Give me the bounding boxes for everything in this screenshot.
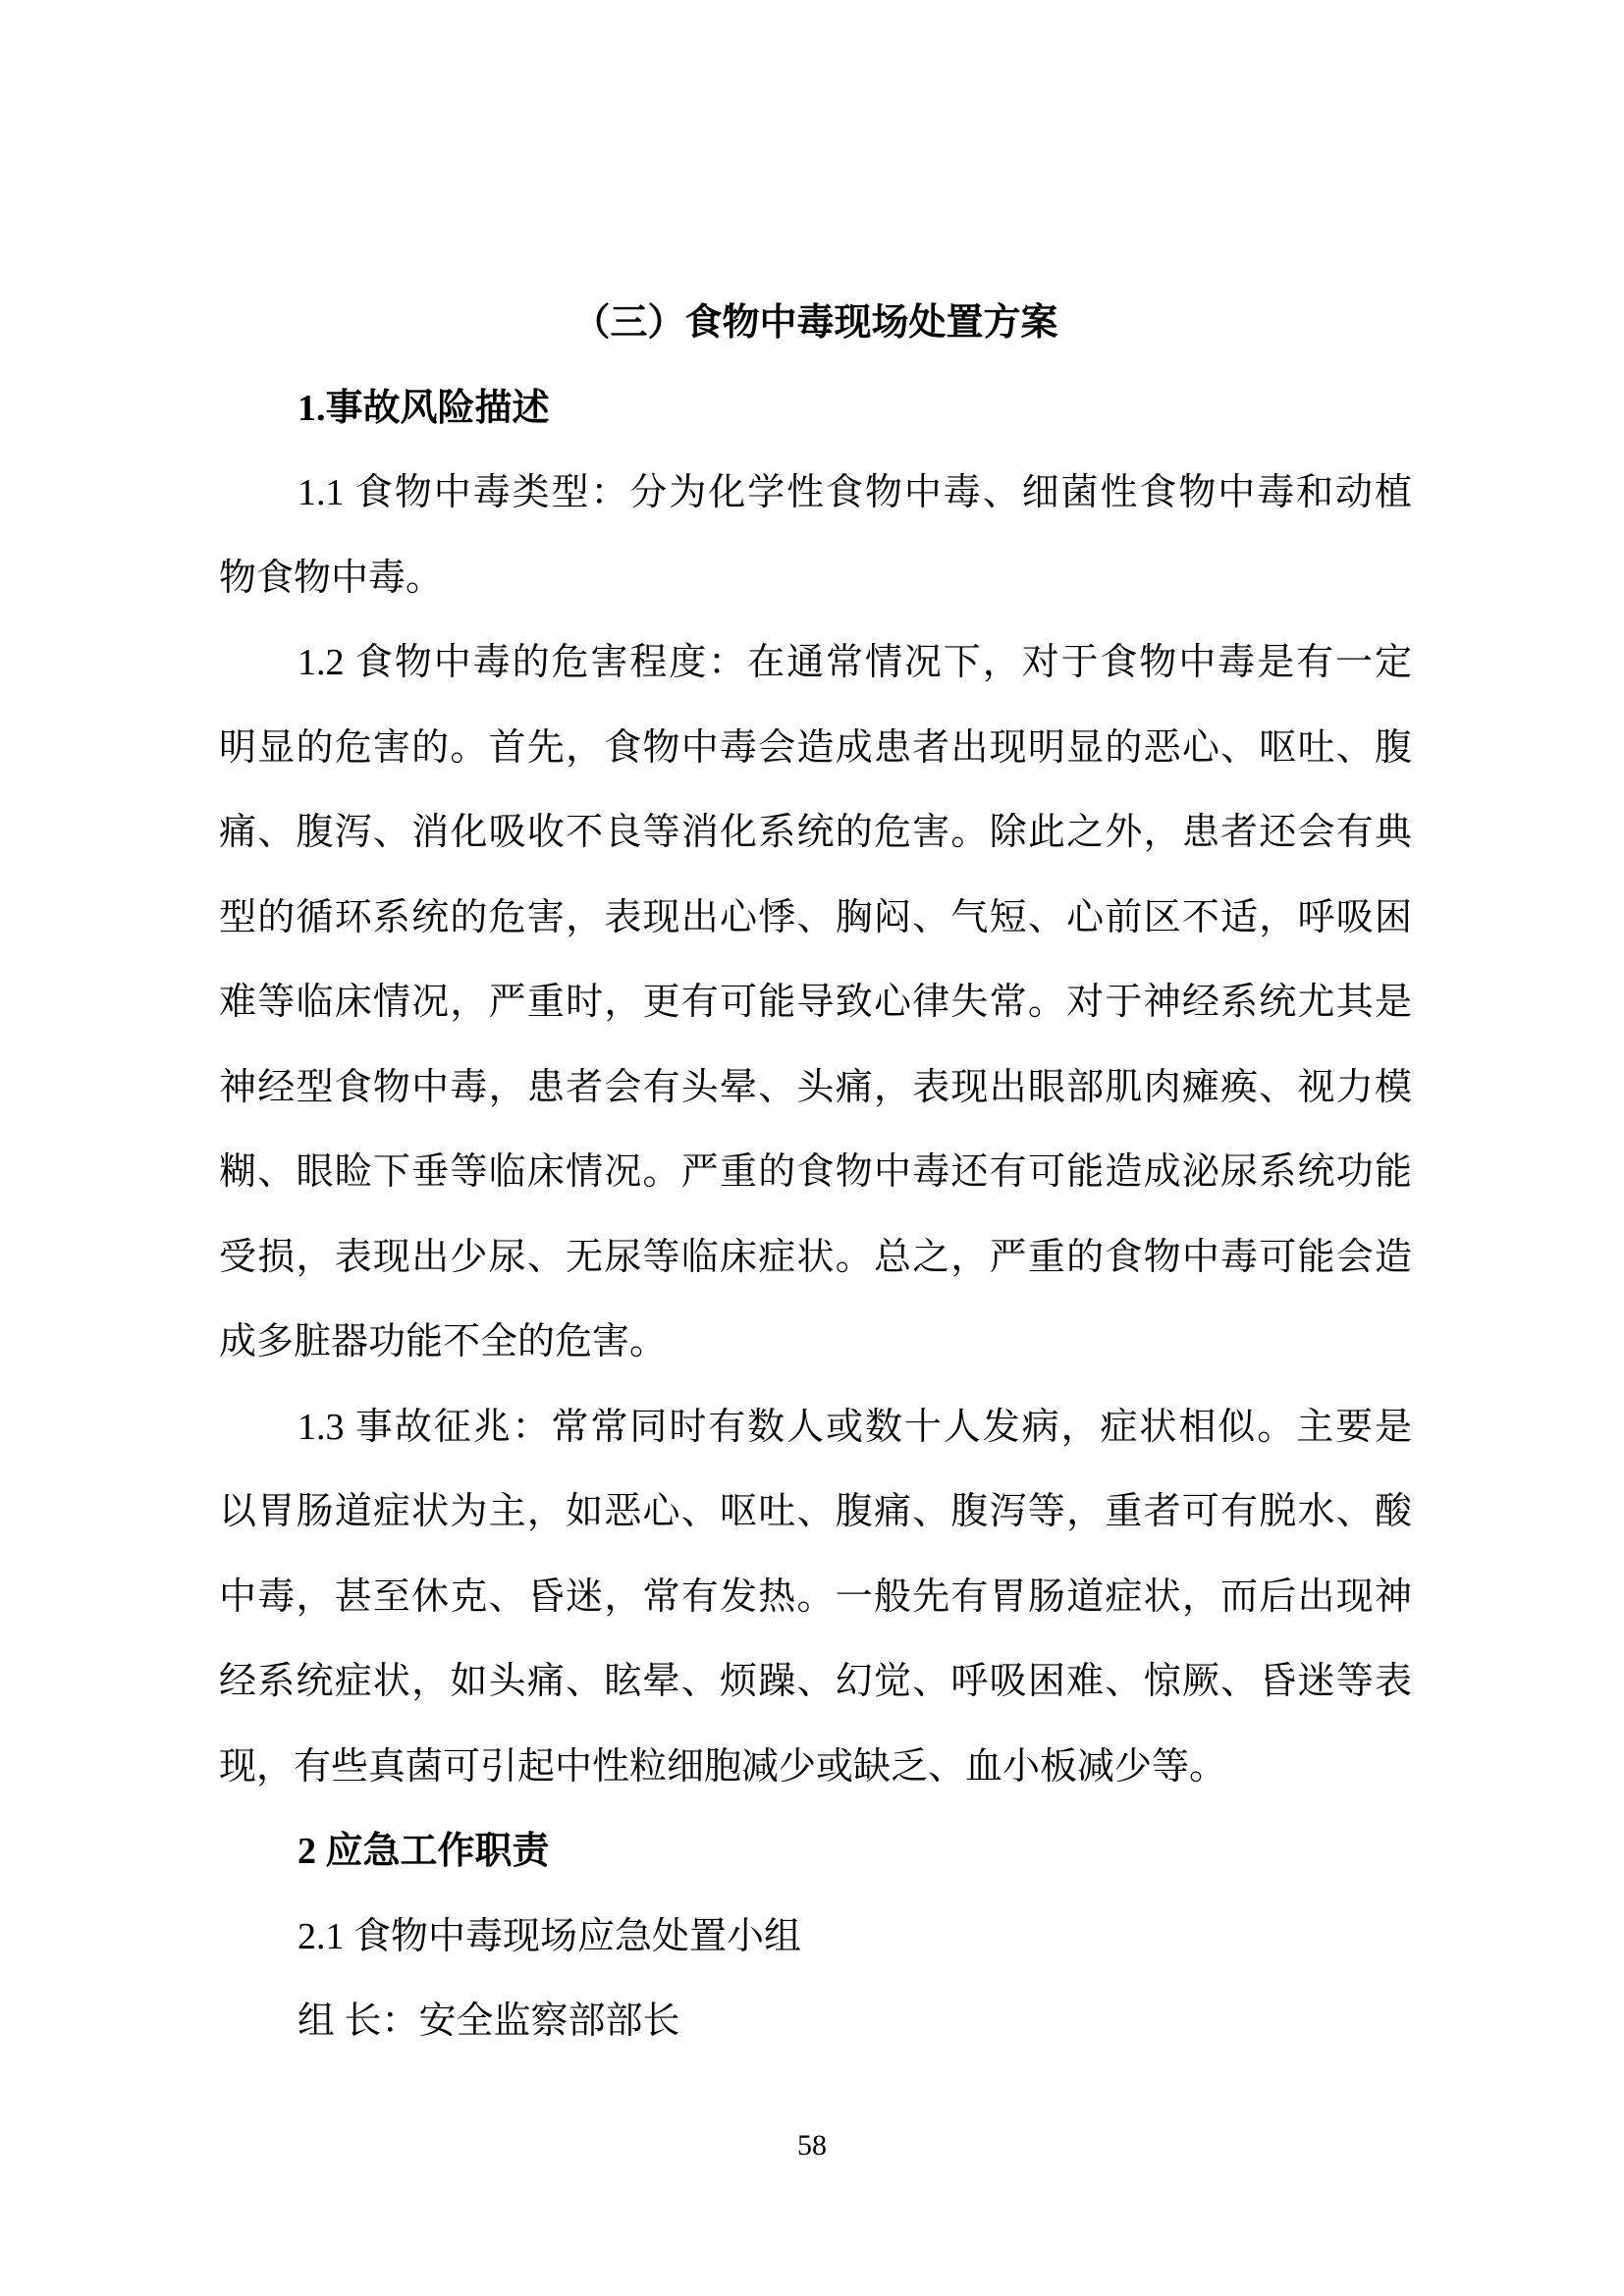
text-line: 中毒，甚至休克、昏迷，常有发热。一般先有胃肠道症状，而后出现神 — [219, 1555, 1412, 1640]
text-line: 2 应急工作职责 — [219, 1809, 1412, 1895]
text-line: 糊、眼睑下垂等临床情况。严重的食物中毒还有可能造成泌尿系统功能 — [219, 1130, 1412, 1215]
document-content: （三）食物中毒现场处置方案 1.事故风险描述1.1 食物中毒类型：分为化学性食物… — [219, 281, 1412, 2064]
text-line: 成多脏器功能不全的危害。 — [219, 1300, 1412, 1385]
text-line: 难等临床情况，严重时，更有可能导致心律失常。对于神经系统尤其是 — [219, 960, 1412, 1045]
document-title: （三）食物中毒现场处置方案 — [219, 281, 1412, 366]
document-page: （三）食物中毒现场处置方案 1.事故风险描述1.1 食物中毒类型：分为化学性食物… — [0, 0, 1624, 2296]
text-line: 受损，表现出少尿、无尿等临床症状。总之，严重的食物中毒可能会造 — [219, 1215, 1412, 1301]
document-body: 1.事故风险描述1.1 食物中毒类型：分为化学性食物中毒、细菌性食物中毒和动植物… — [219, 366, 1412, 2064]
text-line: 1.事故风险描述 — [219, 366, 1412, 452]
text-line: 型的循环系统的危害，表现出心悸、胸闷、气短、心前区不适，呼吸困 — [219, 876, 1412, 961]
text-line: 1.3 事故征兆：常常同时有数人或数十人发病，症状相似。主要是 — [219, 1385, 1412, 1470]
text-line: 神经型食物中毒，患者会有头晕、头痛，表现出眼部肌肉瘫痪、视力模 — [219, 1045, 1412, 1131]
text-line: 痛、腹泻、消化吸收不良等消化系统的危害。除此之外，患者还会有典 — [219, 790, 1412, 876]
text-line: 1.1 食物中毒类型：分为化学性食物中毒、细菌性食物中毒和动植 — [219, 451, 1412, 536]
text-line: 明显的危害的。首先，食物中毒会造成患者出现明显的恶心、呕吐、腹 — [219, 706, 1412, 791]
text-line: 2.1 食物中毒现场应急处置小组 — [219, 1895, 1412, 1980]
text-line: 组 长：安全监察部部长 — [219, 1979, 1412, 2064]
text-line: 1.2 食物中毒的危害程度：在通常情况下，对于食物中毒是有一定 — [219, 620, 1412, 706]
text-line: 经系统症状，如头痛、眩晕、烦躁、幻觉、呼吸困难、惊厥、昏迷等表 — [219, 1639, 1412, 1725]
text-line: 以胃肠道症状为主，如恶心、呕吐、腹痛、腹泻等，重者可有脱水、酸 — [219, 1469, 1412, 1555]
page-number: 58 — [0, 2128, 1624, 2163]
text-line: 物食物中毒。 — [219, 536, 1412, 621]
text-line: 现，有些真菌可引起中性粒细胞减少或缺乏、血小板减少等。 — [219, 1725, 1412, 1810]
